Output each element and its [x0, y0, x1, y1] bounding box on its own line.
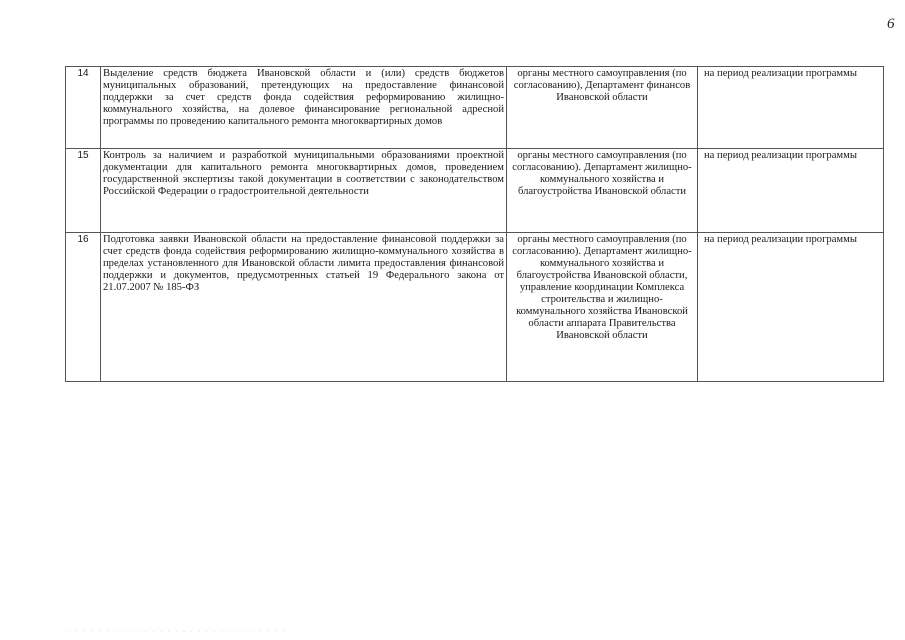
responsible-party: органы местного самоуправления (по согла… — [507, 149, 698, 233]
row-number: 14 — [66, 67, 101, 149]
measure-description: Подготовка заявки Ивановской области на … — [101, 233, 507, 382]
measure-description: Выделение средств бюджета Ивановской обл… — [101, 67, 507, 149]
table-row: 16 Подготовка заявки Ивановской области … — [66, 233, 884, 382]
table-row: 15 Контроль за наличием и разработкой му… — [66, 149, 884, 233]
execution-term: на период реализации программы — [698, 67, 884, 149]
responsible-party: органы местного самоуправления (по согла… — [507, 233, 698, 382]
scan-footer-noise: · · · · · · · · · · · · · · · · · · · · … — [68, 629, 287, 635]
responsible-party: органы местного самоуправления (по согла… — [507, 67, 698, 149]
measure-description: Контроль за наличием и разработкой муниц… — [101, 149, 507, 233]
row-number: 15 — [66, 149, 101, 233]
page-number: 6 — [887, 16, 895, 33]
table-row: 14 Выделение средств бюджета Ивановской … — [66, 67, 884, 149]
measures-table: 14 Выделение средств бюджета Ивановской … — [65, 66, 884, 382]
execution-term: на период реализации программы — [698, 149, 884, 233]
execution-term: на период реализации программы — [698, 233, 884, 382]
row-number: 16 — [66, 233, 101, 382]
